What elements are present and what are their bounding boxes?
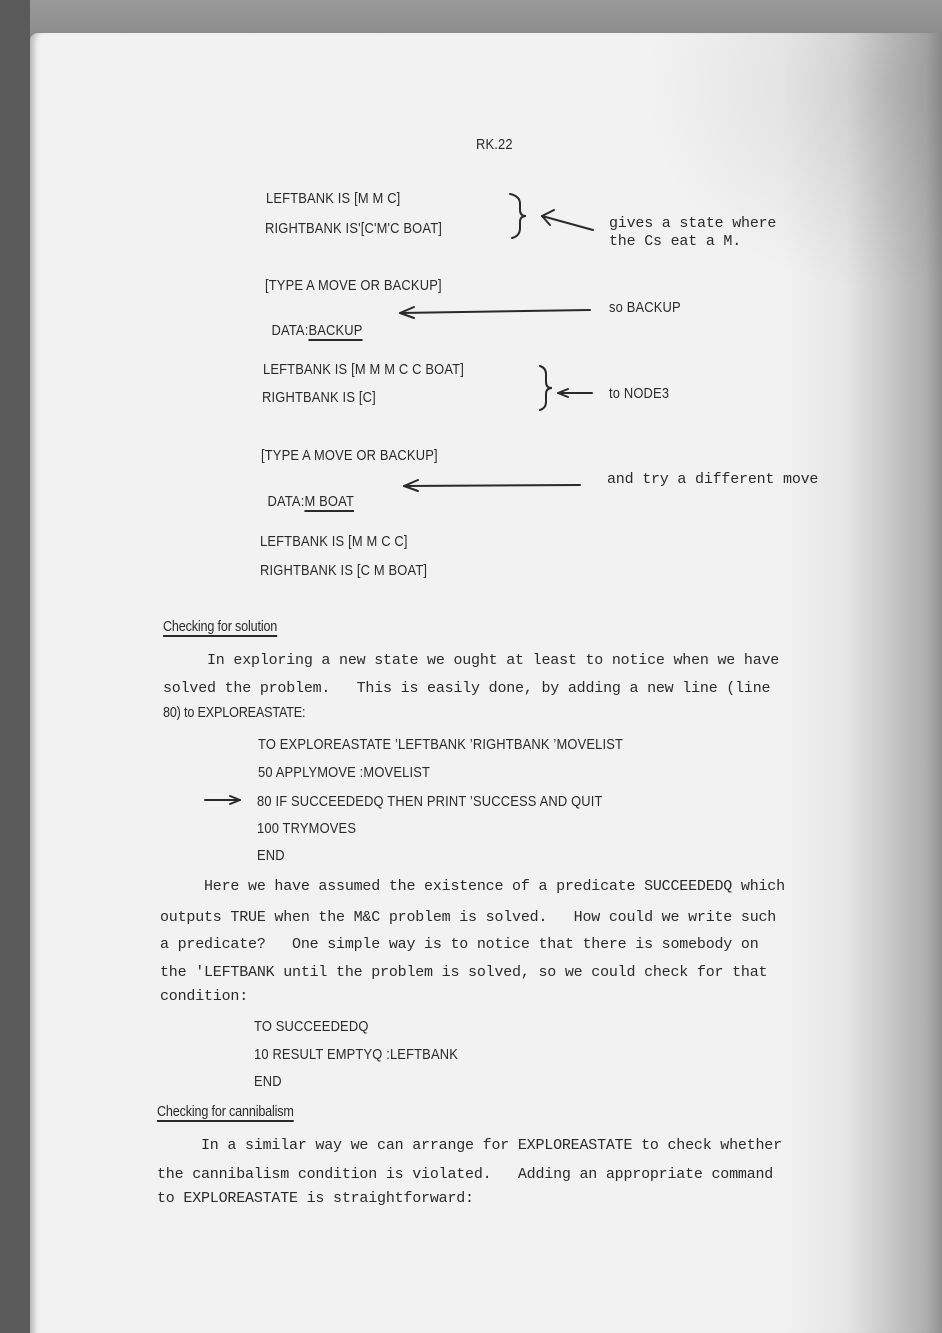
data-2-annotation: and try a different move bbox=[607, 471, 818, 489]
code-line-100: 100 TRYMOVES bbox=[257, 820, 356, 838]
data-2-line: DATA:M BOAT bbox=[260, 475, 354, 511]
block3-leftbank: LEFTBANK IS [M M C C] bbox=[260, 533, 408, 551]
section1-para2-line1: Here we have assumed the existence of a … bbox=[160, 878, 785, 896]
page-header: RK.22 bbox=[476, 136, 513, 154]
section1-para-line3: 80) to EXPLOREASTATE: bbox=[163, 704, 305, 722]
block2-leftbank: LEFTBANK IS [M M M C C BOAT] bbox=[263, 361, 464, 379]
code-line-to-exploreastate: TO EXPLOREASTATE ’LEFTBANK ’RIGHTBANK ’M… bbox=[258, 736, 623, 754]
section2-para-line2: the cannibalism condition is violated. A… bbox=[157, 1166, 773, 1184]
block2-annotation: to NODE3 bbox=[609, 385, 669, 403]
block1-annotation-line2: the Cs eat a M. bbox=[609, 233, 741, 251]
data-1-prefix: DATA: bbox=[272, 322, 309, 339]
block2-rightbank: RIGHTBANK IS [C] bbox=[262, 389, 376, 407]
prompt-1: [TYPE A MOVE OR BACKUP] bbox=[265, 277, 442, 295]
data-2-value: M BOAT bbox=[304, 493, 354, 510]
section1-para2-line4: the 'LEFTBANK until the problem is solve… bbox=[160, 964, 767, 982]
code-line-50: 50 APPLYMOVE :MOVELIST bbox=[258, 764, 430, 782]
block3-rightbank: RIGHTBANK IS [C M BOAT] bbox=[260, 562, 427, 580]
data-2-prefix: DATA: bbox=[268, 493, 305, 510]
section-heading-cannibalism: Checking for cannibalism bbox=[157, 1103, 294, 1121]
section-heading-solution: Checking for solution bbox=[163, 618, 277, 636]
block1-annotation-line1: gives a state where bbox=[609, 215, 776, 233]
section1-para-line1: In exploring a new state we ought at lea… bbox=[163, 652, 779, 670]
block1-leftbank: LEFTBANK IS [M M C] bbox=[266, 190, 400, 208]
code2-line-to-succeededq: TO SUCCEEDEDQ bbox=[254, 1018, 369, 1036]
section1-para2-line2: outputs TRUE when the M&C problem is sol… bbox=[160, 909, 776, 927]
code-line-80: 80 IF SUCCEEDEDQ THEN PRINT ’SUCCESS AND… bbox=[257, 793, 603, 811]
section1-para-line2: solved the problem. This is easily done,… bbox=[163, 680, 770, 698]
section1-para2-line5: condition: bbox=[160, 988, 248, 1006]
data-1-annotation: so BACKUP bbox=[609, 299, 681, 317]
section2-para-line1: In a similar way we can arrange for EXPL… bbox=[157, 1137, 782, 1155]
code2-line-end: END bbox=[254, 1073, 282, 1091]
block1-rightbank: RIGHTBANK IS'[C'M'C BOAT] bbox=[265, 220, 442, 238]
scanner-left-edge bbox=[0, 0, 30, 1333]
code2-line-10: 10 RESULT EMPTYQ :LEFTBANK bbox=[254, 1046, 458, 1064]
code-line-end: END bbox=[257, 847, 285, 865]
prompt-2: [TYPE A MOVE OR BACKUP] bbox=[261, 447, 438, 465]
section1-para2-line3: a predicate? One simple way is to notice… bbox=[160, 936, 759, 954]
scanner-top-edge bbox=[0, 0, 942, 34]
data-1-line: DATA:BACKUP bbox=[264, 304, 363, 340]
section2-para-line3: to EXPLOREASTATE is straightforward: bbox=[157, 1190, 474, 1208]
data-1-value: BACKUP bbox=[308, 322, 362, 339]
